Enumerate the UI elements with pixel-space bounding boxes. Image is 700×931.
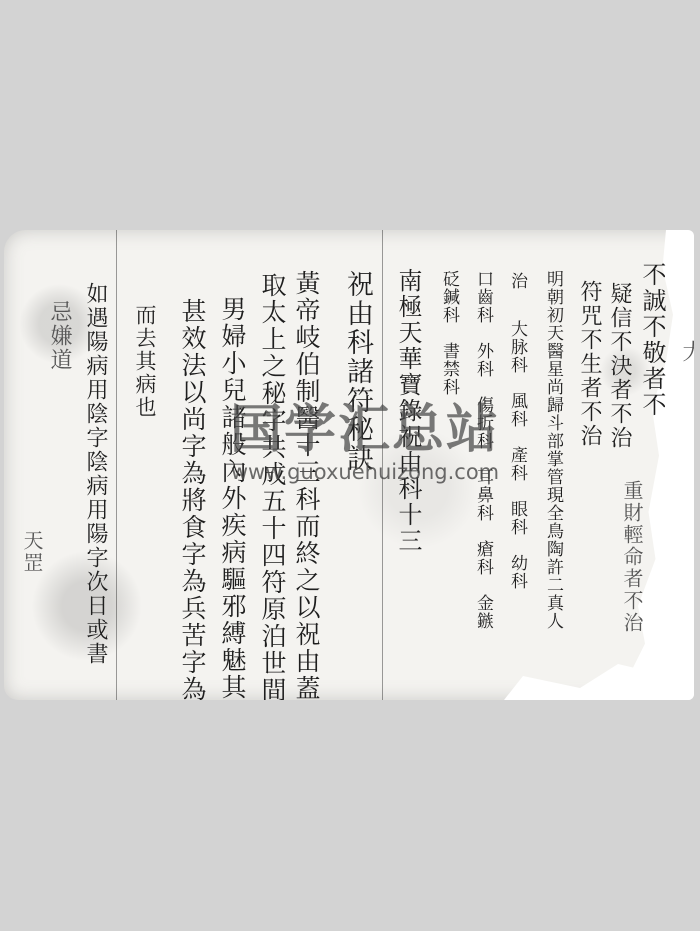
column-rule: [116, 230, 117, 700]
left-col-2: 取太上之秘字共成五十四符原泊世間: [260, 272, 285, 700]
right-col-3: 符咒不生者不治: [578, 280, 600, 448]
edge-fragment-char: 大: [680, 340, 694, 364]
right-col-9: 砭鍼科 書禁科: [440, 270, 457, 396]
left-col-4: 甚效法以尚字為將食字為兵苦字為病: [180, 298, 205, 700]
right-col-2: 疑信不決者不治: [608, 282, 630, 450]
left-col-heading: 祝由科諸符秘訣: [344, 270, 371, 473]
right-col-title: 南極天華寶錄祝由科十三: [396, 268, 420, 554]
left-col-1: 黃帝岐伯制醫十三科而終之以祝由蓋: [294, 270, 319, 700]
left-col-8: 天罡: [22, 530, 42, 574]
right-col-7: 大脉科 風科 產科 眼科 幼科: [508, 320, 525, 590]
right-col-5: 明朝初天醫星尚歸斗部掌管現全鳥陶許二真人: [544, 270, 561, 630]
right-col-1: 不誠不敬者不: [640, 262, 664, 418]
right-col-8: 口齒科 外科 傷折科 耳鼻科 瘡科 金鏃: [474, 270, 491, 630]
left-col-7: 忌嫌道: [48, 300, 70, 372]
left-col-3: 男婦小兒諸般內外疾病驅邪縛魅其功: [220, 296, 245, 700]
left-col-6: 如遇陽病用陰字陰病用陽字次日或書: [84, 282, 106, 666]
right-col-6: 治: [508, 272, 525, 290]
left-col-5: 而去其病也: [134, 304, 155, 419]
right-col-4: 重財輕命者不治: [622, 480, 642, 634]
center-fold-rule: [382, 230, 383, 700]
manuscript-page: 大 不誠不敬者不 疑信不決者不治 符咒不生者不治 重財輕命者不治 明朝初天醫星尚…: [4, 230, 694, 700]
